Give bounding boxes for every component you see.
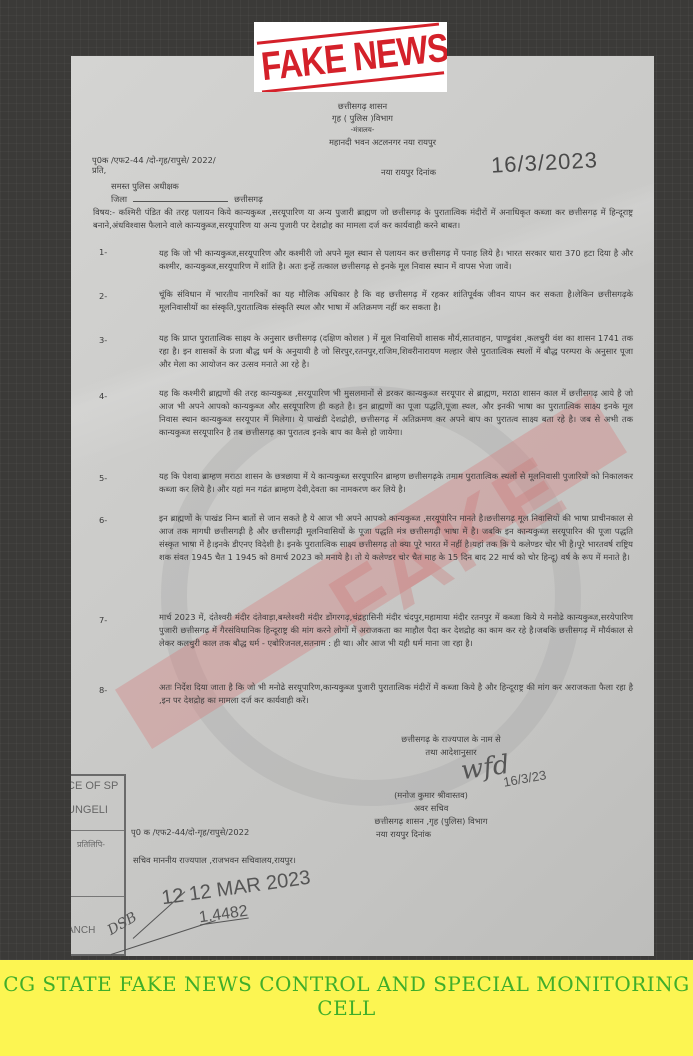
stamp-line-1: CE OF SP bbox=[71, 780, 118, 793]
copy-to: सचिव माननीय राज्यपाल ,राजभवन सचिवालय,राय… bbox=[133, 854, 296, 867]
stamp-divider bbox=[71, 830, 124, 831]
stamp-line-3: प्रतिलिपि- bbox=[77, 838, 105, 851]
item-text: यह कि जो भी कान्यकुब्ज,सरयूपारिण और कश्म… bbox=[159, 247, 633, 273]
signatory-department: छत्तीसगढ़ शासन ,गृह (पुलिस) विभाग bbox=[321, 815, 541, 828]
item-text: चूंकि संविधान में भारतीय नागरिकों का यह … bbox=[159, 288, 633, 314]
item-text: यह कि प्राप्त पुरातात्विक साक्ष्य के अनु… bbox=[159, 332, 633, 371]
reference-number: पृ0क /एफ2-44 /दो-गृह/रापुसे/ 2022/ bbox=[92, 154, 216, 167]
stamp-line-2: UNGELI bbox=[71, 804, 108, 817]
footer-title: CG STATE FAKE NEWS CONTROL AND SPECIAL M… bbox=[0, 972, 693, 1020]
item-number: 2- bbox=[99, 290, 107, 303]
fake-news-badge: FAKE NEWS bbox=[254, 22, 447, 92]
addressee: समस्त पुलिस अधीक्षक bbox=[111, 180, 179, 193]
item-text: मार्च 2023 में, दंतेश्वरी मंदीर दंतेवाड़… bbox=[159, 611, 633, 650]
date-label: नया रायपुर दिनांक bbox=[381, 166, 436, 179]
reference-number-2: पृ0 क /एफ2-44/दो-गृह/रापुसे/2022 bbox=[131, 826, 249, 839]
item-text: यह कि कश्मीरी ब्राह्मणों की तरह कान्यकुब… bbox=[159, 387, 633, 439]
date-label-2: नया रायपुर दिनांक bbox=[376, 828, 431, 841]
signatory-name: (मनोज कुमार श्रीवास्तव) bbox=[321, 789, 541, 802]
sign-line-2: तथा आदेशानुसार bbox=[341, 746, 561, 759]
letter: छत्तीसगढ़ शासन गृह ( पुलिस )विभाग -मंत्र… bbox=[71, 56, 654, 956]
item-number: 3- bbox=[99, 334, 107, 347]
sign-line-1: छत्तीसगढ़ के राज्यपाल के नाम से bbox=[341, 733, 561, 746]
item-number: 4- bbox=[99, 390, 107, 403]
item-number: 7- bbox=[99, 614, 107, 627]
addressee-district: जिलाछत्तीसगढ़ bbox=[111, 193, 263, 206]
district-label: जिला bbox=[111, 194, 127, 204]
received-date: 12 12 MAR 2023 bbox=[161, 872, 311, 906]
item-number: 8- bbox=[99, 684, 107, 697]
item-number: 5- bbox=[99, 472, 107, 485]
fake-news-stamp: FAKE NEWS bbox=[257, 23, 444, 92]
handwritten-date: 16/3/2023 bbox=[491, 153, 598, 172]
item-text: इन ब्राह्मणों के पाखंड निम्न बातों से जा… bbox=[159, 512, 633, 564]
subject: विषय:- कश्मिरी पंडित की तरह पलायन किये क… bbox=[93, 206, 633, 232]
stamp-divider bbox=[71, 896, 124, 897]
item-text: अतः निर्देश दिया जाता है कि जो भी मनोढे … bbox=[159, 681, 633, 707]
document-photo: FAKE छत्तीसगढ़ शासन गृह ( पुलिस )विभाग -… bbox=[71, 56, 654, 956]
district-blank bbox=[133, 201, 228, 202]
footer-banner: CG STATE FAKE NEWS CONTROL AND SPECIAL M… bbox=[0, 960, 693, 1056]
item-number: 1- bbox=[99, 246, 107, 259]
signatory-designation: अवर सचिव bbox=[321, 802, 541, 815]
letterhead-address: महानदी भवन अटलनगर नया रायपुर bbox=[91, 136, 654, 149]
prati-label: प्रति, bbox=[92, 164, 106, 177]
stamp-line-4: ANCH bbox=[71, 924, 95, 937]
state-label: छत्तीसगढ़ bbox=[234, 194, 263, 204]
item-text: यह कि पेशवा ब्राम्हण मराठा शासन के छत्रछ… bbox=[159, 470, 633, 496]
item-number: 6- bbox=[99, 514, 107, 527]
